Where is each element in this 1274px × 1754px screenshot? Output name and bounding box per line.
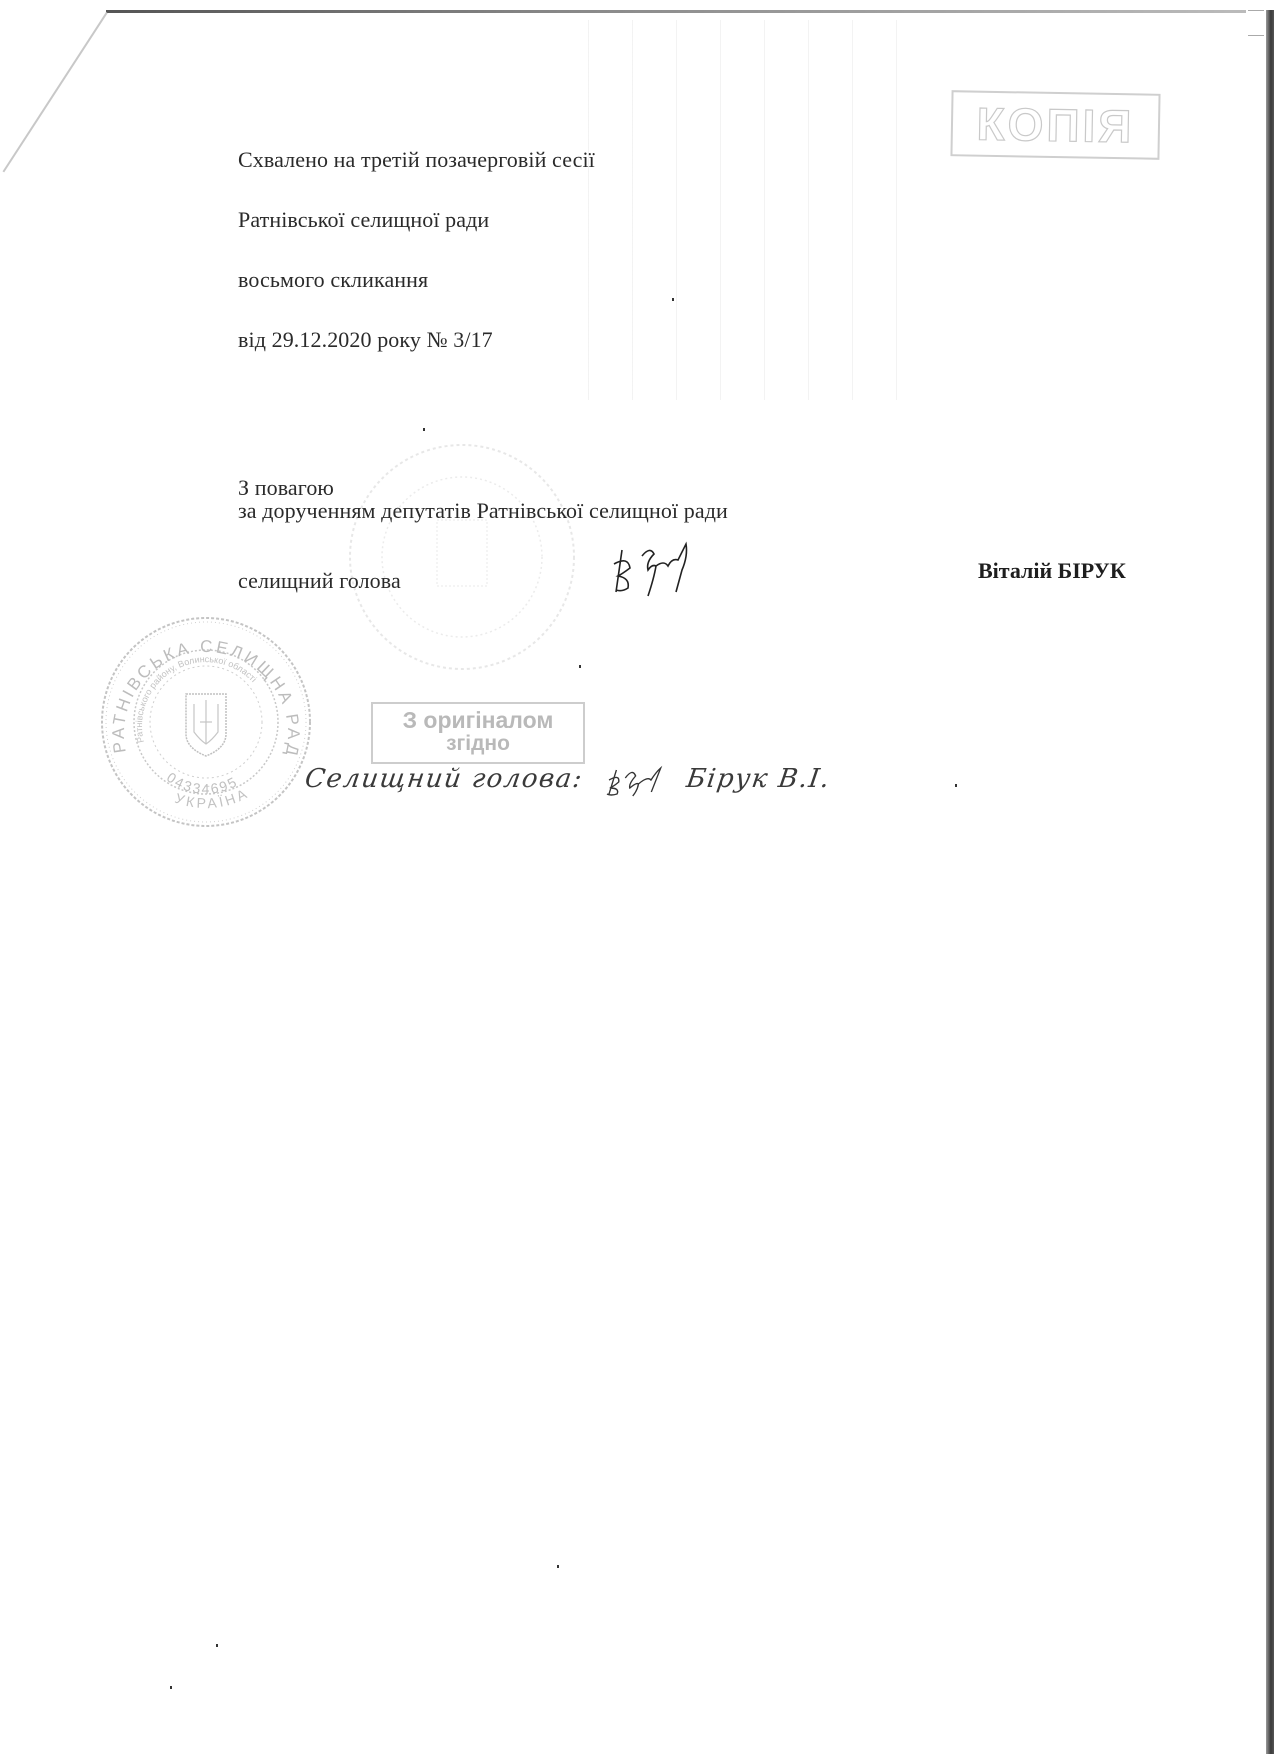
scan-speck	[579, 665, 581, 668]
scan-edge-top	[106, 10, 1246, 13]
copy-stamp: КОПІЯ	[950, 90, 1160, 160]
scan-speck	[955, 784, 957, 787]
scan-speck	[672, 298, 674, 301]
signature-icon	[608, 530, 718, 600]
true-copy-stamp-line2: згідно	[373, 732, 583, 756]
copy-stamp-text: КОПІЯ	[976, 97, 1135, 154]
scan-edge-diagonal	[3, 12, 108, 172]
handwritten-name: Бірук В.І.	[684, 764, 832, 794]
scan-noise	[560, 20, 920, 400]
official-seal-icon: РАТНІВСЬКА СЕЛИЩНА РАДА Ратнівського рай…	[96, 612, 316, 832]
true-copy-stamp-line1: З оригіналом	[373, 708, 583, 732]
trident-icon	[186, 694, 226, 756]
scan-speck	[216, 1644, 218, 1647]
handwritten-position: Селищний голова:	[303, 764, 585, 794]
scan-speck	[423, 428, 425, 431]
true-copy-stamp: З оригіналом згідно	[371, 702, 585, 764]
scan-edge-tab	[1248, 10, 1264, 36]
on-behalf-line: за дорученням депутатів Ратнівської сели…	[238, 498, 728, 524]
scan-edge-right	[1266, 10, 1274, 1754]
approved-line: Схвалено на третій позачерговій сесії	[238, 147, 595, 173]
handwritten-certification: Селищний голова: Бірук В.І.	[302, 762, 832, 798]
position-line: селищний голова	[238, 568, 401, 594]
scan-speck	[557, 1565, 559, 1568]
signer-name: Віталій БІРУК	[978, 558, 1126, 584]
faint-seal-icon	[345, 440, 580, 675]
convocation-line: восьмого скликання	[238, 267, 428, 293]
svg-text:+: +	[204, 782, 210, 793]
scan-speck	[170, 1686, 172, 1689]
handwritten-signature-icon	[602, 762, 667, 798]
council-line: Ратнівської селищної ради	[238, 207, 489, 233]
date-number-line: від 29.12.2020 року № 3/17	[238, 327, 493, 353]
